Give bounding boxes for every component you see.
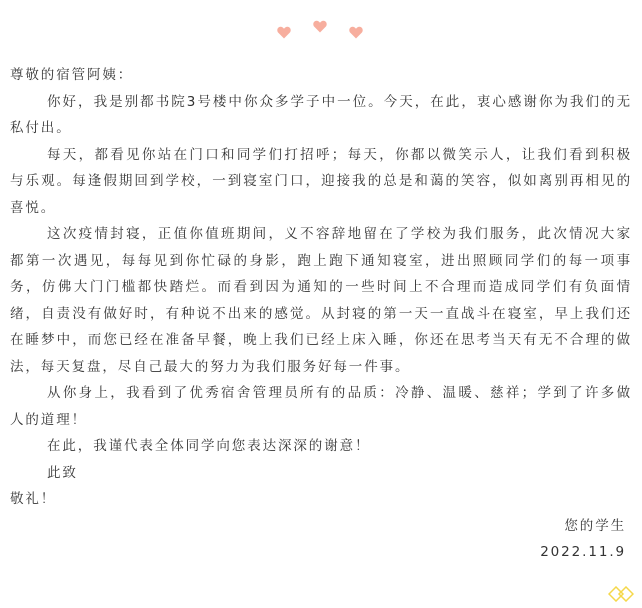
heart-icon <box>277 26 291 39</box>
heart-icon <box>313 20 327 33</box>
closing-line-1: 此致 <box>10 460 632 487</box>
paragraph-daily: 每天，都看见你站在门口和同学们打招呼；每天，你都以微笑示人，让我们看到积极与乐观… <box>10 142 632 222</box>
salutation: 尊敬的宿管阿姨： <box>10 62 632 89</box>
header-decoration <box>0 0 642 50</box>
signature: 您的学生 <box>10 513 632 540</box>
closing-line-2: 敬礼！ <box>10 486 632 513</box>
paragraph-intro: 你好，我是别都书院3号楼中你众多学子中一位。今天，在此，衷心感谢你为我们的无私付… <box>10 89 632 142</box>
letter-body: 尊敬的宿管阿姨： 你好，我是别都书院3号楼中你众多学子中一位。今天，在此，衷心感… <box>10 62 632 566</box>
paragraph-epidemic: 这次疫情封寝，正值你值班期间，义不容辞地留在了学校为我们服务，此次情况大家都第一… <box>10 221 632 380</box>
diamond-ornament-icon <box>608 586 634 602</box>
paragraph-qualities: 从你身上，我看到了优秀宿舍管理员所有的品质：冷静、温暖、慈祥；学到了许多做人的道… <box>10 380 632 433</box>
date: 2022.11.9 <box>10 539 632 566</box>
paragraph-thanks: 在此，我谨代表全体同学向您表达深深的谢意！ <box>10 433 632 460</box>
heart-icon <box>349 26 363 39</box>
